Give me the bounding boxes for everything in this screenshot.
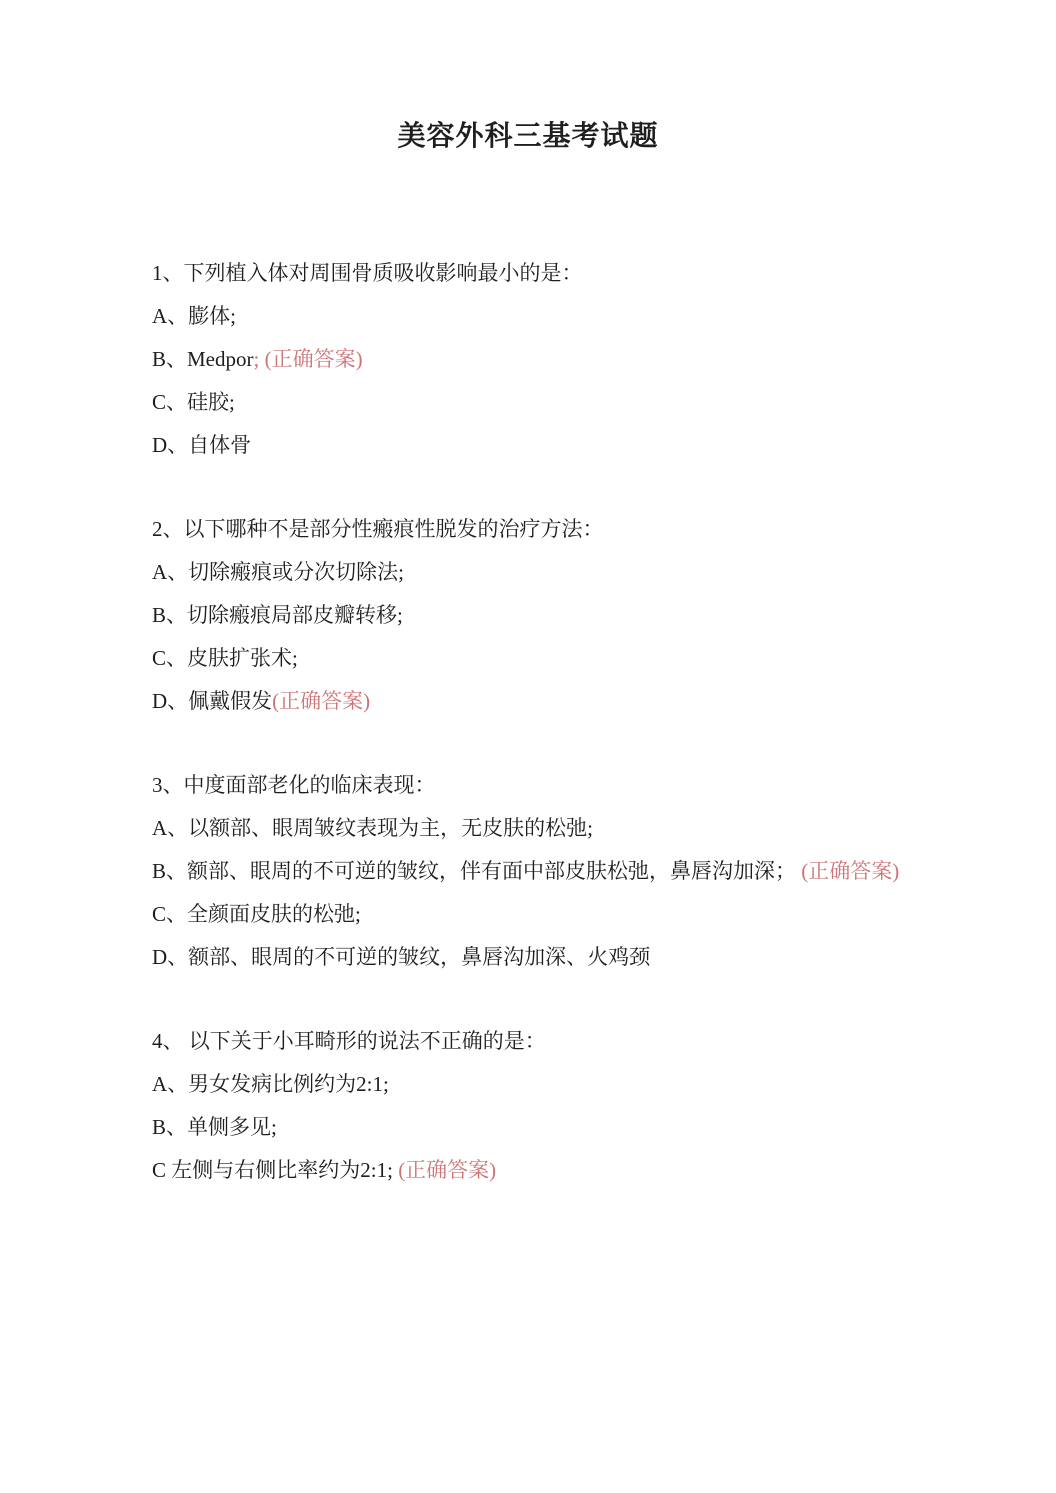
- option-line: C、全颜面皮肤的松弛;: [152, 893, 966, 936]
- question-block-4: 4、 以下关于小耳畸形的说法不正确的是： A、男女发病比例约为2:1; B、单侧…: [152, 1020, 966, 1192]
- option-text: B、Medpor: [152, 347, 254, 371]
- option-line: D、额部、眼周的不可逆的皱纹，鼻唇沟加深、火鸡颈: [152, 936, 966, 979]
- question-block-3: 3、中度面部老化的临床表现： A、以额部、眼周皱纹表现为主，无皮肤的松弛; B、…: [152, 764, 966, 979]
- option-text: D、自体骨: [152, 433, 251, 457]
- question-block-2: 2、以下哪种不是部分性瘢痕性脱发的治疗方法： A、切除瘢痕或分次切除法; B、切…: [152, 508, 966, 723]
- option-line: A、以额部、眼周皱纹表现为主，无皮肤的松弛;: [152, 807, 966, 850]
- option-line: B、Medpor; (正确答案): [152, 338, 966, 381]
- option-text: B、单侧多见;: [152, 1115, 277, 1139]
- option-text: B、额部、眼周的不可逆的皱纹，伴有面中部皮肤松弛，鼻唇沟加深；: [152, 859, 796, 883]
- option-text: C、硅胶;: [152, 390, 235, 414]
- option-text: C 左侧与右侧比率约为2:1;: [152, 1158, 393, 1182]
- option-line: D、自体骨: [152, 424, 966, 467]
- option-line: B、单侧多见;: [152, 1106, 966, 1149]
- option-text: D、额部、眼周的不可逆的皱纹，鼻唇沟加深、火鸡颈: [152, 945, 650, 969]
- option-text: A、男女发病比例约为2:1;: [152, 1072, 389, 1096]
- option-line: A、膨体;: [152, 295, 966, 338]
- option-line: C 左侧与右侧比率约为2:1; (正确答案): [152, 1149, 966, 1192]
- question-stem: 2、以下哪种不是部分性瘢痕性脱发的治疗方法：: [152, 508, 966, 551]
- question-stem: 1、下列植入体对周围骨质吸收影响最小的是：: [152, 252, 966, 295]
- option-line: A、男女发病比例约为2:1;: [152, 1063, 966, 1106]
- correct-answer-label: (正确答案): [272, 689, 370, 713]
- option-text: C、皮肤扩张术;: [152, 646, 298, 670]
- option-text: B、切除瘢痕局部皮瓣转移;: [152, 603, 403, 627]
- correct-answer-label: (正确答案): [796, 859, 899, 883]
- option-line: C、皮肤扩张术;: [152, 637, 966, 680]
- document-title: 美容外科三基考试题: [0, 0, 1056, 156]
- option-text: D、佩戴假发: [152, 689, 272, 713]
- correct-answer-label: (正确答案): [393, 1158, 496, 1182]
- option-line: C、硅胶;: [152, 381, 966, 424]
- option-line: B、切除瘢痕局部皮瓣转移;: [152, 594, 966, 637]
- question-block-1: 1、下列植入体对周围骨质吸收影响最小的是： A、膨体; B、Medpor; (正…: [152, 252, 966, 467]
- document-page: 美容外科三基考试题 1、下列植入体对周围骨质吸收影响最小的是： A、膨体; B、…: [0, 0, 1056, 1493]
- option-text: C、全颜面皮肤的松弛;: [152, 902, 361, 926]
- questions-list: 1、下列植入体对周围骨质吸收影响最小的是： A、膨体; B、Medpor; (正…: [0, 252, 1056, 1192]
- option-text: A、以额部、眼周皱纹表现为主，无皮肤的松弛;: [152, 816, 593, 840]
- option-line: A、切除瘢痕或分次切除法;: [152, 551, 966, 594]
- option-line: D、佩戴假发(正确答案): [152, 680, 966, 723]
- option-line: B、额部、眼周的不可逆的皱纹，伴有面中部皮肤松弛，鼻唇沟加深； (正确答案): [152, 850, 966, 893]
- question-stem: 3、中度面部老化的临床表现：: [152, 764, 966, 807]
- question-stem: 4、 以下关于小耳畸形的说法不正确的是：: [152, 1020, 966, 1063]
- option-text: A、切除瘢痕或分次切除法;: [152, 560, 404, 584]
- option-text: A、膨体;: [152, 304, 236, 328]
- correct-answer-label: ; (正确答案): [254, 347, 363, 371]
